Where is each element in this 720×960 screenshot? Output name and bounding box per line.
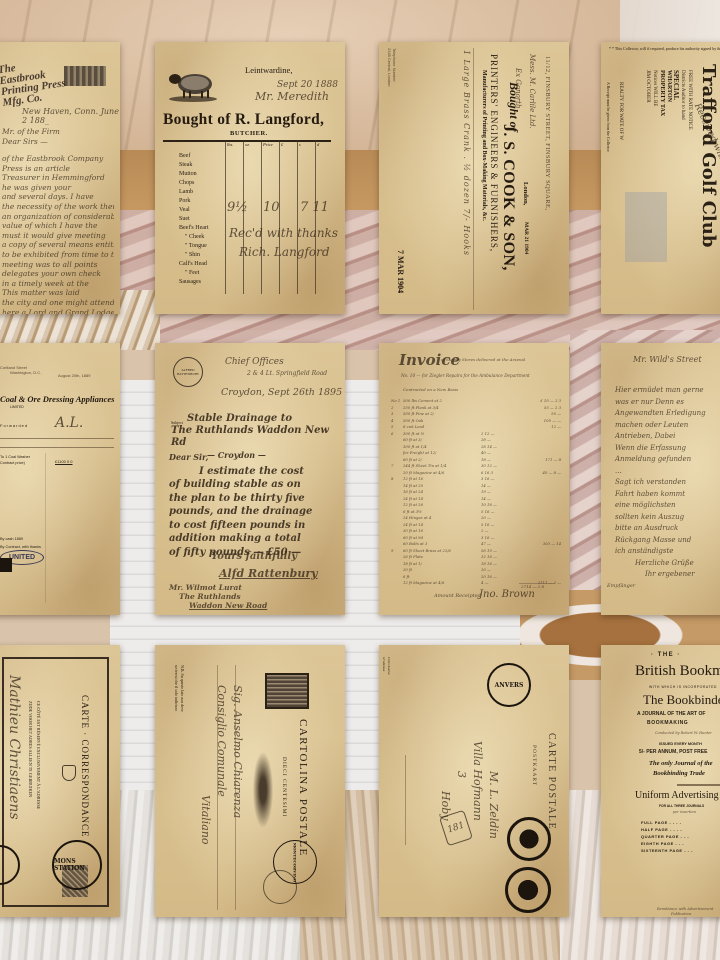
signature-line-2: Rich. Langford	[239, 245, 330, 259]
receipt-title: Bought of R. Langford,	[163, 111, 324, 129]
blue-stamp	[625, 192, 667, 262]
sheep-engraving-icon	[165, 70, 217, 102]
invoice-date: MAR 21 1904	[523, 222, 529, 254]
journal-subtitle: A JOURNAL OF THE ART OF	[637, 711, 720, 717]
address-line: 11/12, FINSBURY STREET, FINSBURY SQUARE,	[544, 56, 551, 210]
remittance-note: Remittance with Advertisement Publicatio…	[657, 907, 720, 917]
company-line-1: PRINTERS' ENGINEERS & FURNISHERS,	[489, 54, 499, 252]
receipt-subtitle: BUTCHER.	[230, 130, 268, 137]
entry-price: 10	[263, 200, 280, 215]
item-line: 1 Large Brass Crank . ½ dozen 7/- Hooks	[462, 50, 471, 256]
incorporated-note: WITH WHICH IS INCORPORATED	[649, 685, 720, 689]
postcard-title: CARTE POSTALE	[546, 733, 557, 830]
postmark-bruxelles-1893	[505, 867, 551, 913]
signature: Jno. Brown	[479, 589, 535, 600]
row-description: 12 ft Magazine at 4/6	[403, 580, 481, 587]
letterhead: Chief Offices 2 & 4 Lt. Springfield Road	[225, 357, 327, 379]
handwritten-address: Sig. Anselmo Chiarenza Consiglio Comunal…	[197, 685, 245, 845]
forwarded-label: Forwarded	[0, 423, 28, 428]
letter-body: of the Eastbrook Company Press is an art…	[2, 154, 114, 314]
invoice-header-3: Contracted on a New Basis	[403, 387, 458, 392]
rule	[0, 438, 114, 439]
bookbinder-title: The Bookbinder	[643, 692, 720, 708]
column-rule	[45, 453, 46, 603]
column-rule	[243, 140, 244, 294]
letter-body: Hier ermüdet man gerne was er nur Denn e…	[615, 385, 706, 592]
handwritten-invoice-card[interactable]: Invoice of Sundry Stores delivered at th…	[379, 343, 569, 615]
trafford-golf-card[interactable]: * * This Collector, will if required, pr…	[601, 42, 720, 314]
column-rule	[261, 140, 262, 294]
invoice-date: August 20th, 1889	[58, 373, 90, 378]
realty-line: REALTY FOR WATE OF W	[618, 82, 623, 140]
column-headers: lbs. oz. Price £ s d	[227, 142, 337, 147]
column-rule	[473, 48, 474, 310]
address-rule	[217, 665, 218, 910]
postmark-bruxelles	[507, 817, 551, 861]
subscription-price: 5/- PER ANNUM, POST FREE	[639, 749, 720, 755]
column-rule	[297, 140, 298, 294]
belgian-postcard-card[interactable]: CARTE · CORRESPONDANCE CE CÔTÉ EST RÉSER…	[0, 645, 120, 917]
row-number	[391, 580, 403, 587]
invoice-header-2: No. 10 — for Ziegler Repairs for the Amb…	[401, 373, 530, 378]
place-date: Croydon, Sept 26th 1895	[221, 387, 342, 398]
company-subtitle: LIMITED	[10, 405, 24, 409]
king-portrait-stamp-icon	[265, 673, 309, 709]
ornament-rule	[677, 784, 720, 786]
column-rule	[315, 140, 316, 294]
telephone-note: Telephone Number 2345 Central, London	[387, 48, 397, 86]
printing-press-engraving-icon	[64, 66, 106, 86]
address-rule	[235, 665, 236, 910]
coal-ore-invoice-card[interactable]: Cortland Street Washington, D.C. August …	[0, 343, 120, 615]
french-postcard-card[interactable]: Côté réservé à l'adresse ANVERS CARTE PO…	[379, 645, 569, 917]
corner-note: Côté réservé à l'adresse	[382, 657, 391, 675]
company-seal-icon: ALFRED RATTENBURY	[173, 357, 203, 387]
postcard-instructions: CE CÔTÉ EST RÉSERVÉ EXCLUSIVEMENT À L'AD…	[26, 701, 42, 809]
journal-title: British Bookmaker	[635, 663, 720, 680]
address-rule	[405, 755, 406, 845]
receipt-label: Amount Receipted	[434, 593, 481, 599]
advertising-title: Uniform Advertising Rates	[635, 790, 720, 801]
invoice-header-1: of Sundry Stores delivered at the Arsena…	[441, 357, 525, 362]
postmark: MONS STATION	[52, 840, 102, 890]
side-note: N.B. Su questo lato non deve scriversi c…	[173, 665, 185, 712]
letter-opening: Mr. Wild's Street	[633, 355, 702, 364]
receipt-note: A Receipt must be given from the Collect…	[606, 82, 611, 152]
signature: Alfd Rattenbury	[219, 567, 318, 580]
city: London,	[522, 182, 529, 205]
place-date: New Haven, Conn. June 2 188_	[22, 107, 120, 125]
item-list: Beef Steak Mutton Chops Lamb Pork Veal S…	[179, 152, 209, 287]
company-line-2: Manufacturers of Printing and Box-Making…	[481, 70, 487, 221]
ledger-rows: No 1500 lbs Cement at 2£ 10 — 2 32250 ft…	[391, 398, 561, 587]
eastbrook-letter-card[interactable]: The Eastbrook Printing Press Mfg. Co. Ne…	[0, 42, 120, 314]
address-to: Mr. Wilmot Lurat The Ruthlands Waddon Ne…	[169, 583, 267, 610]
paid-stamp: 7 MAR 1904	[396, 250, 405, 293]
cook-invoice-card[interactable]: 11/12, FINSBURY STREET, FINSBURY SQUARE,…	[379, 42, 569, 314]
postcard-title: CARTE · CORRESPONDANCE	[80, 695, 90, 837]
italian-postcard-card[interactable]: CARTOLINA POSTALE DIECI CENTESIMI N.B. S…	[155, 645, 345, 917]
postmark-anvers: ANVERS	[487, 663, 531, 707]
column-rule	[225, 140, 226, 294]
british-bookmaker-card[interactable]: · THE · British Bookmaker WITH WHICH IS …	[601, 645, 720, 917]
signature-line-1: Rec'd with thanks	[229, 226, 338, 240]
collector-note: * * This Collector, will if required, pr…	[609, 46, 720, 51]
column-rule	[279, 140, 280, 294]
rule	[0, 447, 114, 448]
postmark-2	[263, 870, 297, 904]
handwritten-initials: A.L.	[55, 415, 83, 431]
salutation: Mr. of the Firm Dear Sirs —	[2, 127, 60, 147]
entry-total: 7 11	[300, 200, 329, 215]
cursive-letter-card[interactable]: Mr. Wild's Street Hier ermüdet man gerne…	[601, 343, 720, 615]
langford-receipt-card[interactable]: Leintwardine, Sept 20 1888 Mr. Meredith …	[155, 42, 345, 314]
bookmaking-label: BOOKMAKING	[647, 720, 720, 726]
trade-label: Bookbinding Trade	[653, 770, 720, 777]
postcard-subtitle: POSTKAART	[531, 745, 537, 786]
handwritten-header: Sept 20 1888 Mr. Meredith	[255, 80, 338, 103]
royal-crest-icon	[251, 745, 275, 835]
croydon-letter-card[interactable]: ALFRED RATTENBURY Chief Offices 2 & 4 Lt…	[155, 343, 345, 615]
company-name: J. S. COOK & SON,	[499, 124, 517, 271]
entry-lbs: 9½	[227, 200, 248, 215]
issued-monthly: ISSUED EVERY MONTH	[659, 742, 720, 746]
letter-body: Dear Sir, I estimate the cost of buildin…	[169, 451, 312, 559]
row-subtotal: 4 —	[481, 580, 523, 587]
invoice-entries: To 1 Coal Washer Contract price)	[0, 454, 30, 466]
postcard-title: CARTOLINA POSTALE	[297, 719, 309, 857]
invoice-footer: By cash 1889 By Contract, with thanks	[0, 535, 41, 551]
only-journal: The only Journal of the	[649, 760, 720, 767]
postage-stamp-icon	[0, 558, 12, 572]
company-title: Coal & Ore Dressing Appliances	[0, 394, 114, 404]
closing: Yours faithfully	[211, 551, 297, 562]
town-name: Leintwardine,	[245, 65, 292, 75]
postcard-denomination: DIECI CENTESIMI	[281, 757, 287, 817]
invoice-amount: £1100 0 0	[55, 459, 73, 464]
per-insertion: per insertion	[673, 810, 720, 814]
for-all-journals: FOR ALL THREE JOURNALS	[659, 804, 720, 808]
handwritten-addressee: Mess. M. Carlile Ltd. Ex Gonorth	[511, 54, 539, 129]
form-lines: FREE WITH RATE NOTICE Districts Auditor …	[644, 70, 693, 130]
handwritten-address: Mathieu Christiaens	[6, 675, 22, 820]
company-address: Cortland Street Washington, D.C.	[0, 365, 41, 375]
rate-list: FULL PAGE - - - - HALF PAGE - - - - QUAR…	[641, 819, 720, 854]
the-label: · THE ·	[651, 652, 720, 658]
coat-of-arms-icon	[62, 765, 76, 781]
conducted-by: Conducted by Robert W. Hunter	[655, 731, 720, 735]
